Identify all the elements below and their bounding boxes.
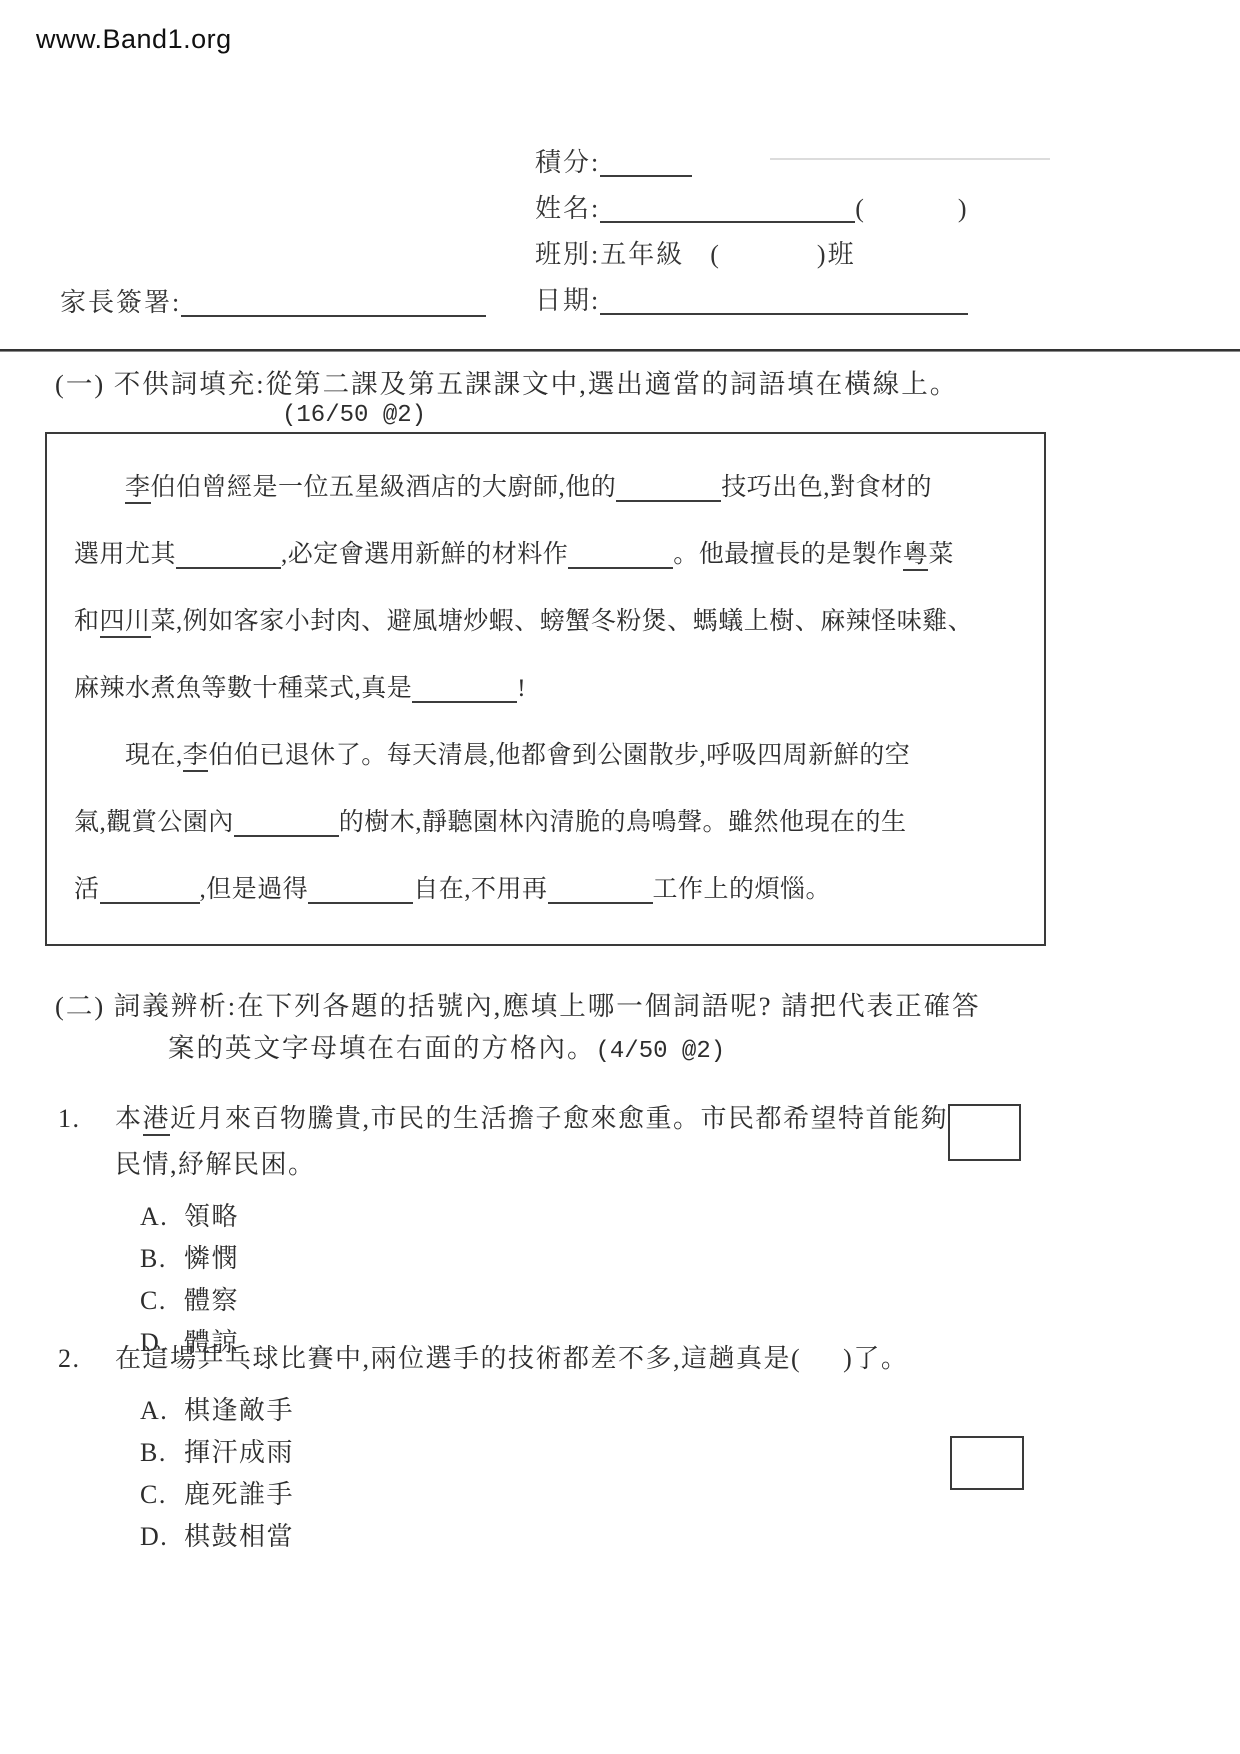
text-run: 活 — [74, 876, 100, 903]
date-row: 日期: — [535, 280, 968, 317]
answer-box-1[interactable] — [948, 1104, 1021, 1161]
class-label: 班別: — [535, 240, 600, 269]
text-run: 菜 — [928, 541, 954, 568]
text-run: 和 — [74, 608, 100, 635]
section2-heading-line2: 案的英文字母填在右面的方格內。(4/50 @2) — [168, 1026, 725, 1065]
text-run: 菜,例如客家小封肉、避風塘炒蝦、螃蟹冬粉煲、螞蟻上樹、麻辣怪味雞、 — [151, 608, 974, 635]
answer-box-2[interactable] — [950, 1436, 1024, 1490]
question-1: 1. 本港近月來百物騰貴,市民的生活擔子愈來愈重。市民都希望特首能夠()民情,紓… — [0, 1096, 1100, 1364]
option-c: C.體察 — [140, 1280, 1100, 1322]
text-run: 選用尤其 — [74, 541, 176, 568]
option-text: 棋逢敵手 — [184, 1396, 294, 1425]
option-d: D.棋鼓相當 — [140, 1516, 1100, 1558]
text-run: )了。 — [843, 1344, 908, 1373]
name-paren-close: ) — [958, 194, 969, 223]
date-blank-line[interactable] — [600, 313, 968, 315]
option-key: B. — [140, 1432, 184, 1474]
option-key: C. — [140, 1474, 184, 1516]
text-run — [74, 474, 125, 501]
section1-score-note: (16/50 @2) — [282, 402, 426, 429]
section1-heading: (一) 不供詞填充:從第二課及第五課課文中,選出適當的詞語填在橫線上。 — [55, 362, 958, 401]
option-text: 鹿死誰手 — [184, 1480, 294, 1509]
fill-in-blank[interactable] — [176, 567, 281, 569]
name-blank-line[interactable] — [600, 221, 855, 223]
text-run: 氣,觀賞公園內 — [74, 809, 234, 836]
question-2: 2. 在這場乒乓球比賽中,兩位選手的技術都差不多,這趟真是()了。 A.棋逢敵手… — [0, 1336, 1100, 1558]
fill-in-blank[interactable] — [234, 835, 339, 837]
text-run: 技巧出色,對食材的 — [721, 474, 932, 501]
option-text: 憐憫 — [184, 1244, 239, 1273]
text-run: 。他最擅長的是製作 — [673, 541, 903, 568]
date-label: 日期: — [535, 286, 600, 315]
option-text: 揮汗成雨 — [184, 1438, 294, 1467]
class-row: 班別:五年級()班 — [535, 234, 856, 271]
option-key: A. — [140, 1390, 184, 1432]
proper-noun-underlined: 李 — [125, 474, 151, 504]
scan-artifact-line — [770, 158, 1050, 160]
option-a: A.棋逢敵手 — [140, 1390, 1100, 1432]
section2-heading-line2-text: 案的英文字母填在右面的方格內。 — [168, 1033, 596, 1063]
class-grade-value: 五年級 — [600, 240, 684, 269]
section2-score-note: (4/50 @2) — [596, 1038, 726, 1065]
text-run: ,必定會選用新鮮的材料作 — [281, 541, 568, 568]
fill-in-blank[interactable] — [568, 567, 673, 569]
score-label: 積分: — [535, 148, 600, 177]
score-blank-line[interactable] — [600, 175, 692, 177]
parent-signature-blank-line[interactable] — [181, 315, 486, 317]
option-a: A.領略 — [140, 1196, 1100, 1238]
text-run: ,但是過得 — [200, 876, 309, 903]
text-run: 近月來百物騰貴,市民的生活擔子愈來愈重。市民都希望特首能夠( — [170, 1104, 958, 1133]
text-run: 伯伯曾經是一位五星級酒店的大廚師,他的 — [151, 474, 617, 501]
text-run: 現在, — [74, 742, 183, 769]
question-2-number: 2. — [58, 1336, 81, 1382]
proper-noun-underlined: 粵 — [903, 541, 929, 571]
text-run: 麻辣水煮魚等數十種菜式,真是 — [74, 675, 412, 702]
class-paren-open: ( — [710, 240, 721, 269]
option-text: 領略 — [184, 1202, 239, 1231]
fill-in-blank[interactable] — [100, 902, 200, 904]
class-paren-close: )班 — [817, 240, 856, 269]
site-watermark: www.Band1.org — [36, 24, 232, 55]
fill-in-blank[interactable] — [412, 701, 517, 703]
parent-signature-label: 家長簽署: — [60, 288, 181, 317]
option-key: A. — [140, 1196, 184, 1238]
fill-in-blank[interactable] — [616, 500, 721, 502]
section2-heading-line1: (二) 詞義辨析:在下列各題的括號內,應填上哪一個詞語呢? 請把代表正確答 — [55, 984, 981, 1023]
text-run: 自在,不用再 — [413, 876, 547, 903]
option-text: 棋鼓相當 — [184, 1522, 294, 1551]
question-1-number: 1. — [58, 1096, 81, 1142]
passage-box: 李伯伯曾經是一位五星級酒店的大廚師,他的技巧出色,對食材的選用尤其,必定會選用新… — [45, 432, 1046, 946]
text-run: 的樹木,靜聽園林內清脆的鳥鳴聲。雖然他現在的生 — [339, 809, 907, 836]
passage-text: 李伯伯曾經是一位五星級酒店的大廚師,他的技巧出色,對食材的選用尤其,必定會選用新… — [74, 454, 1026, 923]
proper-noun-underlined: 港 — [143, 1104, 171, 1136]
score-row: 積分: — [535, 142, 692, 179]
option-key: D. — [140, 1516, 184, 1558]
option-b: B.憐憫 — [140, 1238, 1100, 1280]
option-key: B. — [140, 1238, 184, 1280]
header-divider — [0, 349, 1240, 352]
text-run: ! — [517, 675, 526, 702]
proper-noun-underlined: 李 — [183, 742, 209, 772]
proper-noun-underlined: 四川 — [100, 608, 151, 638]
parent-signature-row: 家長簽署: — [60, 282, 486, 319]
text-run: 工作上的煩惱。 — [653, 876, 832, 903]
option-text: 體察 — [184, 1286, 239, 1315]
option-key: C. — [140, 1280, 184, 1322]
question-2-text: 在這場乒乓球比賽中,兩位選手的技術都差不多,這趟真是()了。 — [115, 1336, 1100, 1382]
text-run: 伯伯已退休了。每天清晨,他都會到公園散步,呼吸四周新鮮的空 — [208, 742, 910, 769]
fill-in-blank[interactable] — [548, 902, 653, 904]
fill-in-blank[interactable] — [308, 902, 413, 904]
text-run: 在這場乒乓球比賽中,兩位選手的技術都差不多,這趟真是( — [115, 1344, 801, 1373]
name-paren-open: ( — [855, 194, 866, 223]
name-row: 姓名:() — [535, 188, 969, 225]
text-run: 本 — [115, 1104, 143, 1133]
text-run: 民情,紓解民困。 — [115, 1150, 316, 1179]
name-label: 姓名: — [535, 194, 600, 223]
